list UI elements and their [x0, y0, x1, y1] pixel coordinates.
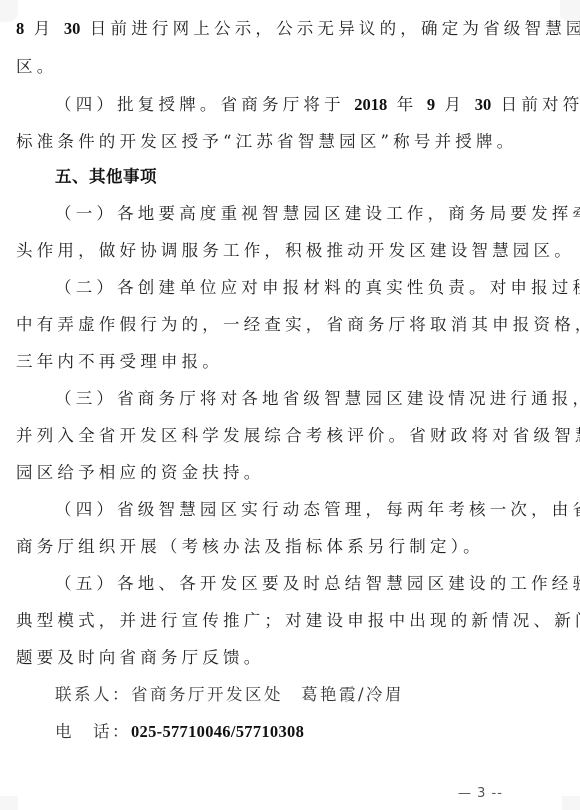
contact-label: 联系人： [55, 685, 131, 704]
paragraph-line: 标准条件的开发区授予“江苏省智慧园区”称号并授牌。 [16, 131, 568, 153]
paragraph-line: （一）各地要高度重视智慧园区建设工作，商务局要发挥牵 [55, 203, 563, 225]
paragraph-line: 并列入全省开发区科学发展综合考核评价。省财政将对省级智慧 [16, 425, 568, 447]
paragraph-line: （四）批复授牌。省商务厅将于 2018 年 9 月 30 日前对符合 [55, 94, 563, 116]
paragraph-line: 8 月 30 日前进行网上公示，公示无异议的，确定为省级智慧园 [16, 18, 568, 40]
phone-label: 电 话： [55, 722, 131, 741]
number-text: 8 [16, 19, 24, 38]
paragraph-line: 头作用，做好协调服务工作，积极推动开发区建设智慧园区。 [16, 240, 568, 262]
paragraph-line: 题要及时向省商务厅反馈。 [16, 647, 568, 669]
number-text: 30 [64, 19, 81, 38]
paragraph-line: （三）省商务厅将对各地省级智慧园区建设情况进行通报， [55, 388, 563, 410]
text-fragment: 日前对符合 [491, 95, 580, 114]
contact-names: 葛艳霞/冷眉 [301, 685, 404, 704]
paragraph-line: 区。 [16, 56, 568, 78]
paragraph-line: （五）各地、各开发区要及时总结智慧园区建设的工作经验、 [55, 573, 563, 595]
paragraph-line: 商务厅组织开展（考核办法及指标体系另行制定）。 [16, 536, 568, 558]
scan-corner [562, 796, 580, 810]
contact-department: 省商务厅开发区处 [131, 685, 283, 704]
scan-corner [0, 796, 18, 810]
number-text: 9 [427, 95, 435, 114]
text-fragment: 日前进行网上公示，公示无异议的，确定为省级智慧园 [80, 19, 580, 38]
document-page: 8 月 30 日前进行网上公示，公示无异议的，确定为省级智慧园 区。 （四）批复… [0, 0, 580, 810]
text-fragment: （四）批复授牌。省商务厅将于 [55, 95, 354, 114]
paragraph-line: （四）省级智慧园区实行动态管理，每两年考核一次，由省 [55, 499, 563, 521]
page-number: — 3 -- [458, 786, 503, 801]
paragraph-line: （二）各创建单位应对申报材料的真实性负责。对申报过程 [55, 277, 563, 299]
number-text: 2018 [354, 95, 387, 114]
paragraph-line: 园区给予相应的资金扶持。 [16, 462, 568, 484]
text-fragment: 月 [435, 95, 475, 114]
phone-number: 025-57710046/57710308 [131, 722, 304, 741]
contact-person-line: 联系人：省商务厅开发区处葛艳霞/冷眉 [55, 684, 404, 706]
text-fragment: 月 [24, 19, 64, 38]
section-heading: 五、其他事项 [55, 166, 157, 188]
contact-phone-line: 电 话：025-57710046/57710308 [55, 721, 304, 743]
text-fragment: 年 [387, 95, 427, 114]
paragraph-line: 三年内不再受理申报。 [16, 351, 568, 373]
paragraph-line: 典型模式，并进行宣传推广；对建设申报中出现的新情况、新问 [16, 610, 568, 632]
paragraph-line: 中有弄虚作假行为的，一经查实，省商务厅将取消其申报资格， [16, 314, 568, 336]
number-text: 30 [475, 95, 492, 114]
